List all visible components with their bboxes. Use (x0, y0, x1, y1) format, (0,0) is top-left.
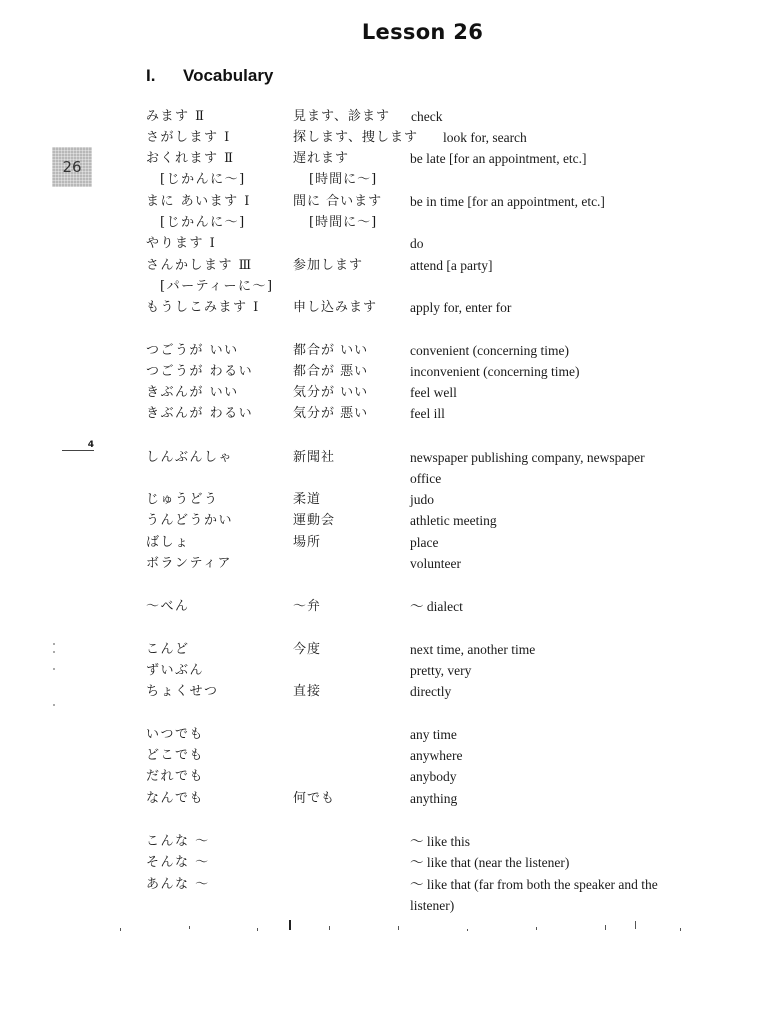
vocab-row: ボランティアvolunteer (0, 553, 768, 574)
vocab-row: じゅうどう柔道judo (0, 489, 768, 510)
vocab-kana: つごうが わるい (146, 361, 253, 382)
vocab-kana: やります Ⅰ (146, 233, 216, 254)
vocab-kana: ずいぶん (146, 660, 204, 681)
vocab-row: [じかんに〜][時間に〜] (0, 169, 768, 190)
vocab-kana: しんぶんしゃ (146, 447, 233, 468)
section-number: I. (146, 66, 183, 86)
vocab-row: つごうが いい都合が いいconvenient (concerning time… (0, 340, 768, 361)
vocab-row: おくれます Ⅱ遅れますbe late [for an appointment, … (0, 148, 768, 169)
vocab-kanji: 気分が いい (293, 382, 368, 403)
vocab-english: any time (410, 724, 457, 745)
vocab-english: judo (410, 489, 434, 510)
vocab-kana: どこでも (146, 745, 204, 766)
vocab-row: ばしょ場所place (0, 532, 768, 553)
vocab-kanji: 直接 (293, 681, 321, 702)
vocab-kana: こんど (146, 639, 190, 660)
vocab-english: do (410, 233, 424, 254)
vocab-row: どこでもanywhere (0, 745, 768, 766)
vocab-row: だれでもanybody (0, 766, 768, 787)
vocab-english: convenient (concerning time) (410, 340, 569, 361)
vocab-kana: おくれます Ⅱ (146, 148, 234, 169)
vocab-kana: きぶんが わるい (146, 403, 253, 424)
vocab-kana: なんでも (146, 788, 204, 809)
vocab-english: be in time [for an appointment, etc.] (410, 191, 605, 212)
vocab-row: office (0, 468, 768, 489)
vocab-row: さんかします Ⅲ参加しますattend [a party] (0, 255, 768, 276)
vocab-row: まに あいます Ⅰ間に 合いますbe in time [for an appoi… (0, 191, 768, 212)
vocab-kana: こんな 〜 (146, 831, 210, 852)
vocab-row: ずいぶんpretty, very (0, 660, 768, 681)
vocab-row: [パーティーに〜] (0, 276, 768, 297)
vocab-english: inconvenient (concerning time) (410, 361, 579, 382)
vocab-kana: まに あいます Ⅰ (146, 191, 251, 212)
vocab-row: つごうが わるい都合が 悪いinconvenient (concerning t… (0, 361, 768, 382)
vocab-kanji: 運動会 (293, 510, 335, 531)
vocab-english: anything (410, 788, 457, 809)
vocab-kana: じゅうどう (146, 489, 219, 510)
vocab-row: 〜べん〜弁〜 dialect (0, 596, 768, 617)
vocab-english: athletic meeting (410, 510, 497, 531)
vocab-row: みます Ⅱ見ます、診ますcheck (0, 106, 768, 127)
vocab-row: ちょくせつ直接directly (0, 681, 768, 702)
vocab-kana: そんな 〜 (146, 852, 210, 873)
vocab-kana: もうしこみます Ⅰ (146, 297, 260, 318)
vocab-kanji: 探します、捜します (293, 127, 418, 148)
vocab-kanji: 間に 合います (293, 191, 382, 212)
vocab-english: newspaper publishing company, newspaper (410, 447, 645, 468)
vocab-kana: きぶんが いい (146, 382, 239, 403)
vocab-row: こんな 〜〜 like this (0, 831, 768, 852)
vocab-kana: [じかんに〜] (160, 169, 246, 190)
vocab-kana: さがします Ⅰ (146, 127, 231, 148)
vocab-english: attend [a party] (410, 255, 492, 276)
vocab-kana: みます Ⅱ (146, 106, 205, 127)
vocab-kanji: [時間に〜] (309, 169, 377, 190)
vocab-kanji: 〜弁 (293, 596, 321, 617)
vocab-english: feel well (410, 382, 457, 403)
vocab-row: きぶんが わるい気分が 悪いfeel ill (0, 403, 768, 424)
vocab-english: 〜 dialect (410, 596, 463, 617)
vocab-row: しんぶんしゃ新聞社newspaper publishing company, n… (0, 447, 768, 468)
vocab-row: [じかんに〜][時間に〜] (0, 212, 768, 233)
vocab-row: こんど今度next time, another time (0, 639, 768, 660)
vocab-english: be late [for an appointment, etc.] (410, 148, 587, 169)
vocab-kanji: 遅れます (293, 148, 349, 169)
vocab-english: 〜 like that (near the listener) (410, 852, 569, 873)
vocab-kana: つごうが いい (146, 340, 239, 361)
vocab-kanji: 見ます、診ます (293, 106, 390, 127)
vocab-kanji: [時間に〜] (309, 212, 377, 233)
vocab-english: volunteer (410, 553, 461, 574)
vocab-english: look for, search (443, 127, 527, 148)
vocab-kana: [じかんに〜] (160, 212, 246, 233)
vocab-kanji: 気分が 悪い (293, 403, 368, 424)
vocab-kanji: 都合が いい (293, 340, 368, 361)
vocab-english: 〜 like that (far from both the speaker a… (410, 874, 658, 895)
vocab-english: anybody (410, 766, 457, 787)
vocab-english: check (411, 106, 442, 127)
vocab-kana: 〜べん (146, 596, 190, 617)
vocab-english: place (410, 532, 438, 553)
vocab-kana: ばしょ (146, 532, 190, 553)
vocab-kanji: 新聞社 (293, 447, 335, 468)
vocab-row: さがします Ⅰ探します、捜しますlook for, search (0, 127, 768, 148)
vocab-row: もうしこみます Ⅰ申し込みますapply for, enter for (0, 297, 768, 318)
vocab-kana: だれでも (146, 766, 204, 787)
vocab-english: pretty, very (410, 660, 471, 681)
vocab-kana: いつでも (146, 724, 204, 745)
section-heading: I.Vocabulary (146, 66, 273, 86)
vocab-row: なんでも何でもanything (0, 788, 768, 809)
vocab-kanji: 今度 (293, 639, 321, 660)
footer-scan-marks (115, 920, 695, 932)
vocab-row: listener) (0, 895, 768, 916)
vocab-kana: あんな 〜 (146, 874, 210, 895)
vocab-kanji: 都合が 悪い (293, 361, 368, 382)
page-title: Lesson 26 (0, 20, 768, 44)
vocab-english: directly (410, 681, 451, 702)
vocab-kanji: 何でも (293, 788, 335, 809)
vocab-kanji: 場所 (293, 532, 321, 553)
vocab-row: そんな 〜〜 like that (near the listener) (0, 852, 768, 873)
vocab-kana: さんかします Ⅲ (146, 255, 253, 276)
vocab-english: listener) (410, 895, 454, 916)
vocab-kana: ボランティア (146, 553, 232, 574)
vocab-kana: [パーティーに〜] (160, 276, 274, 297)
vocab-english: feel ill (410, 403, 445, 424)
section-title: Vocabulary (183, 66, 273, 85)
vocab-english: next time, another time (410, 639, 535, 660)
vocab-kanji: 申し込みます (293, 297, 377, 318)
vocab-english: office (410, 468, 441, 489)
vocab-english: apply for, enter for (410, 297, 511, 318)
vocab-row: やります Ⅰdo (0, 233, 768, 254)
vocab-row: きぶんが いい気分が いいfeel well (0, 382, 768, 403)
vocab-english: anywhere (410, 745, 462, 766)
vocab-row: あんな 〜〜 like that (far from both the spea… (0, 874, 768, 895)
vocab-row: うんどうかい運動会athletic meeting (0, 510, 768, 531)
vocab-english: 〜 like this (410, 831, 470, 852)
vocab-kanji: 柔道 (293, 489, 321, 510)
vocab-kana: ちょくせつ (146, 681, 219, 702)
vocab-kana: うんどうかい (146, 510, 233, 531)
vocab-kanji: 参加します (293, 255, 363, 276)
vocab-row: いつでもany time (0, 724, 768, 745)
